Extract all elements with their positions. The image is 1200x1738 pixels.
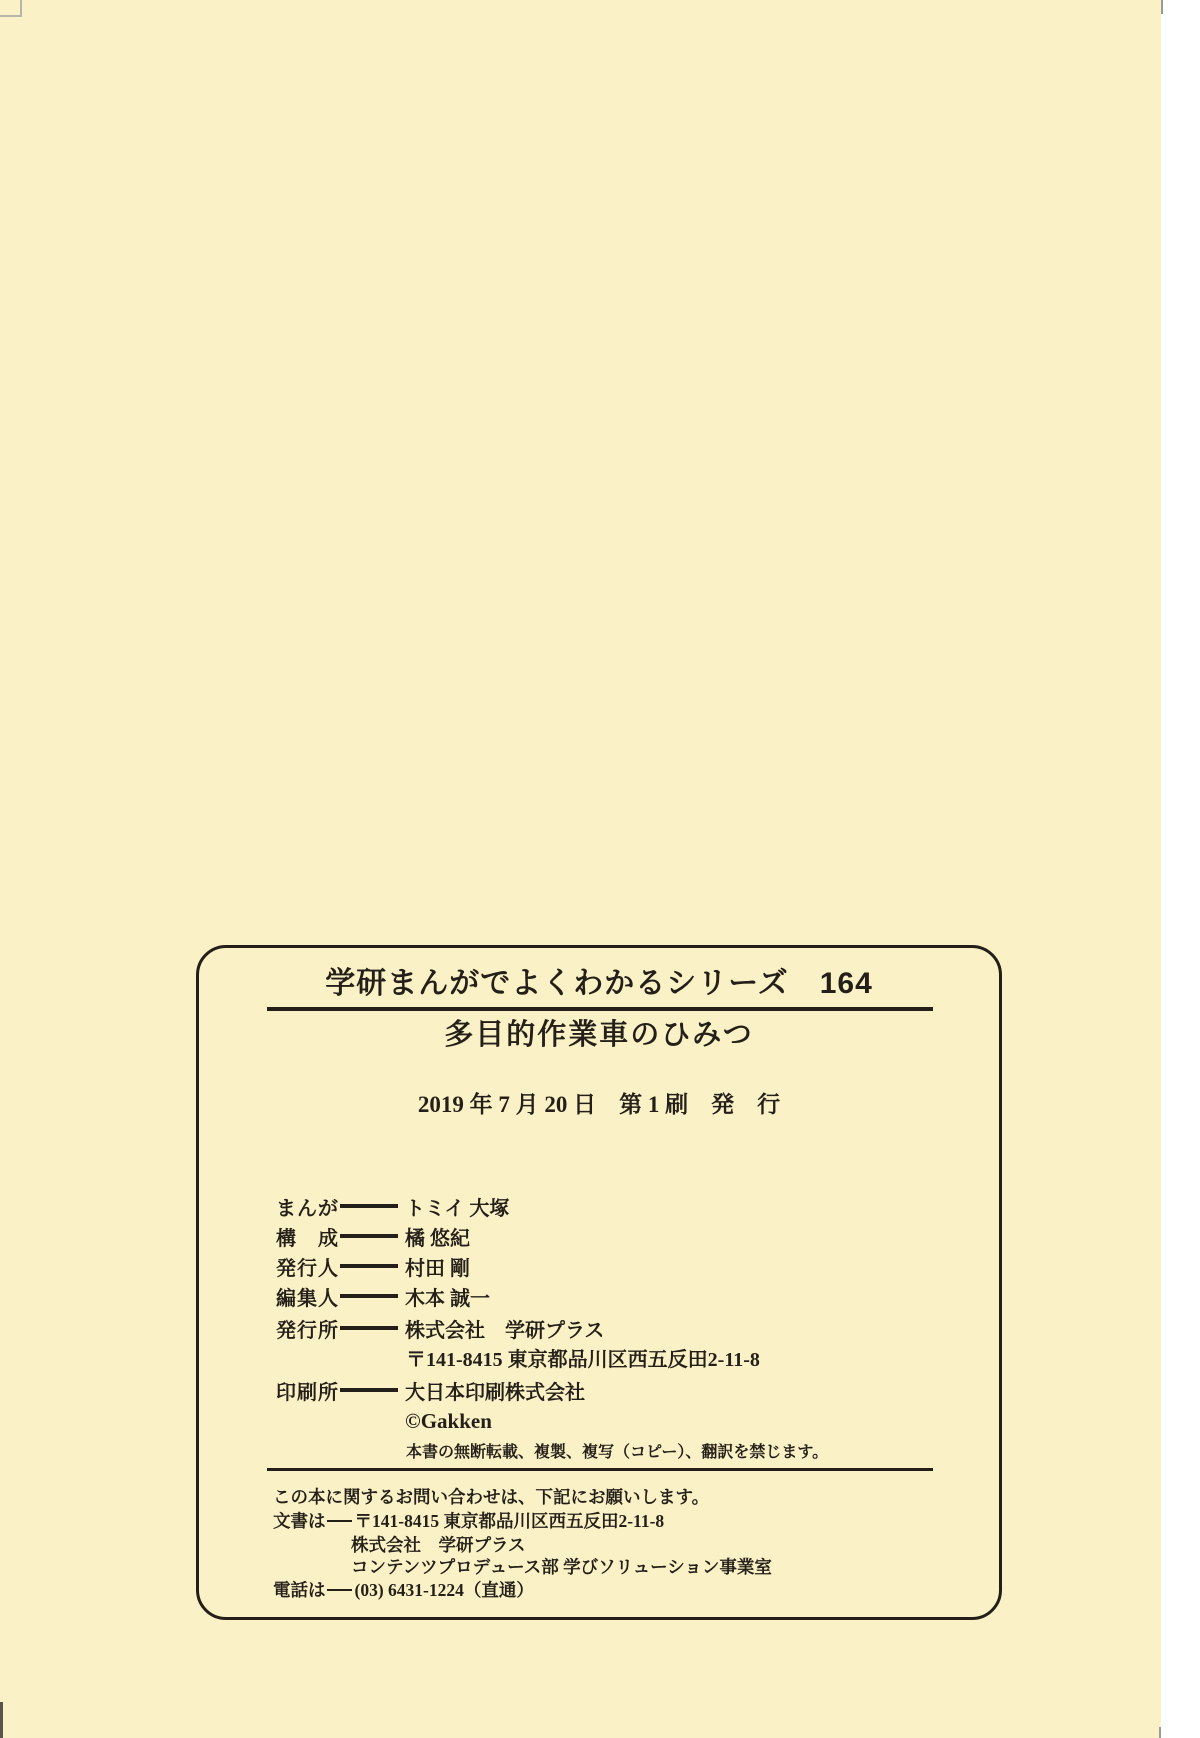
title-divider-rule [267, 1007, 933, 1011]
leader-line [340, 1204, 398, 1208]
leader-line [340, 1264, 398, 1268]
crop-mark-top-right [1161, 0, 1163, 14]
crop-mark-bottom-right [1159, 1727, 1161, 1738]
credit-label: 発行人 [276, 1252, 338, 1281]
credit-row-hakkounin: 発行人 村田 剛 [276, 1251, 470, 1281]
credit-label: 印刷所 [276, 1376, 338, 1405]
scanned-colophon-page: { "page": { "paper_color": "#fbf1c6", "i… [0, 0, 1200, 1738]
credit-row-manga: まんが トミイ 大塚 [276, 1191, 509, 1221]
leader-line [327, 1520, 352, 1523]
credit-label: 発行所 [276, 1314, 338, 1343]
crop-mark-bottom-left [0, 1702, 3, 1738]
leader-line [340, 1294, 398, 1298]
credit-row-insatsusho: 印刷所 大日本印刷株式会社 [276, 1375, 585, 1405]
rights-notice: 本書の無断転載、複製、複写（コピー）、翻訳を禁じます。 [406, 1443, 828, 1462]
credit-value: 村田 剛 [405, 1252, 470, 1281]
leader-line [340, 1234, 398, 1238]
credit-value: トミイ 大塚 [405, 1192, 509, 1221]
leader-line [340, 1388, 398, 1392]
book-title: 多目的作業車のひみつ [196, 1018, 1002, 1052]
credit-row-hakkousho: 発行所 株式会社 学研プラス [276, 1313, 604, 1343]
credit-value: 株式会社 学研プラス [405, 1314, 604, 1343]
contact-mail-row: 文書は 〒141-8415 東京都品川区西五反田2-11-8 [273, 1510, 664, 1532]
contact-intro: この本に関するお問い合わせは、下記にお願いします。 [273, 1486, 709, 1508]
series-title: 学研まんがでよくわかるシリーズ 164 [196, 966, 1002, 1002]
contact-phone-value: (03) 6431-1224（直通） [355, 1579, 534, 1601]
contact-phone-row: 電話は (03) 6431-1224（直通） [273, 1579, 534, 1601]
copyright-notice: ©Gakken [405, 1406, 492, 1436]
contact-mail-label: 文書は [273, 1510, 326, 1532]
print-date: 2019 年 7 月 20 日 第 1 刷 発 行 [196, 1092, 1002, 1118]
publisher-address: 〒141-8415 東京都品川区西五反田2-11-8 [406, 1345, 760, 1375]
credit-value: 橘 悠紀 [405, 1222, 470, 1251]
leader-line [340, 1326, 398, 1330]
contact-mail-company: 株式会社 学研プラス [351, 1534, 525, 1556]
credit-row-kousei: 構 成 橘 悠紀 [276, 1221, 470, 1251]
crop-mark-top-left [0, 0, 22, 17]
credit-value: 木本 誠一 [405, 1282, 490, 1311]
contact-divider-rule [267, 1468, 933, 1471]
credit-row-henshuunin: 編集人 木本 誠一 [276, 1281, 490, 1311]
credit-label: 構 成 [276, 1222, 338, 1251]
leader-line [327, 1589, 352, 1592]
contact-phone-label: 電話は [273, 1579, 326, 1601]
credit-value: 大日本印刷株式会社 [405, 1376, 585, 1405]
contact-mail-address: 〒141-8415 東京都品川区西五反田2-11-8 [355, 1510, 665, 1532]
credit-label: 編集人 [276, 1282, 338, 1311]
contact-mail-department: コンテンツプロデュース部 学びソリューション事業室 [351, 1556, 772, 1578]
credit-label: まんが [276, 1192, 338, 1221]
